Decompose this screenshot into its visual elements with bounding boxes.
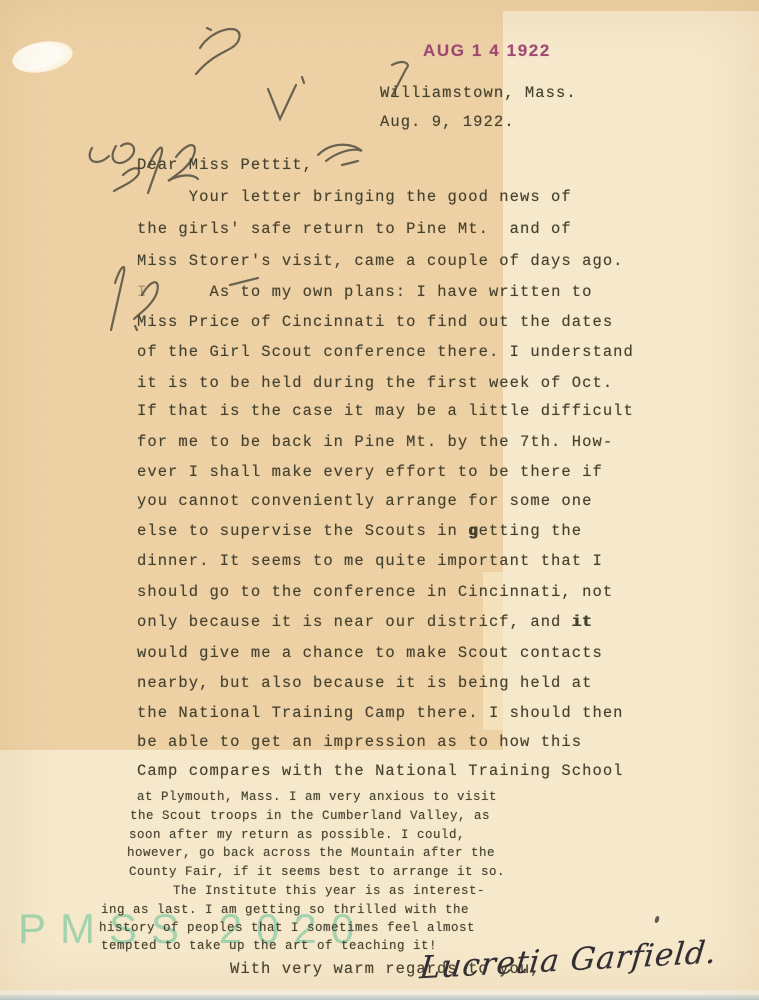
letter-line: it is to be held during the first week o…	[137, 374, 613, 393]
letter-line: history of peoples that I sometimes feel…	[99, 921, 475, 937]
letter-line: Camp compares with the National Training…	[137, 762, 624, 781]
letter-line: of the Girl Scout conference there. I un…	[137, 343, 634, 362]
letter-line: would give me a chance to make Scout con…	[137, 644, 603, 663]
letter-line: Miss Storer's visit, came a couple of da…	[137, 252, 624, 271]
scan-bottom-edge-blue	[0, 995, 759, 1000]
received-date-stamp: AUG 1 4 1922	[423, 42, 551, 59]
letter-line: nearby, but also because it is being hel…	[137, 674, 592, 693]
letter-line: at Plymouth, Mass. I am very anxious to …	[137, 790, 497, 806]
letter-line: Miss Price of Cincinnati to find out the…	[137, 313, 613, 332]
date-line: Aug. 9, 1922.	[380, 113, 515, 132]
letter-line: soon after my return as possible. I coul…	[129, 828, 465, 844]
letter-line: If that is the case it may be a little d…	[137, 402, 634, 421]
letter-scan: PMSS 2020 AUG 1 4 1922 Williamstown, Mas…	[0, 0, 759, 1000]
letter-line: should go to the conference in Cincinnat…	[137, 583, 613, 602]
letter-line: however, go back across the Mountain aft…	[127, 846, 495, 862]
signature: Lucretia Garfield.	[418, 934, 719, 987]
letter-line: the Scout troops in the Cumberland Valle…	[130, 809, 490, 825]
letter-line: The Institute this year is as interest-	[101, 884, 485, 900]
letter-line: County Fair, if it seems best to arrange…	[129, 865, 505, 881]
letter-line: else to supervise the Scouts in getting …	[137, 522, 582, 541]
letter-line: Your letter bringing the good news of	[137, 188, 572, 207]
letter-line: tempted to take up the art of teaching i…	[101, 939, 437, 955]
letter-line: you cannot conveniently arrange for some…	[137, 492, 592, 511]
letter-line: the girls' safe return to Pine Mt. and o…	[137, 220, 572, 239]
letter-line: only because it is near our districf, an…	[137, 613, 592, 632]
letter-line: dinner. It seems to me quite important t…	[137, 552, 603, 571]
place-line: Williamstown, Mass.	[380, 84, 577, 103]
letter-line: ever I shall make every effort to be the…	[137, 463, 603, 482]
letter-line: I As to my own plans: I have written to	[137, 283, 592, 302]
pencil-dot	[654, 916, 660, 924]
letter-line: ing as last. I am getting so thrilled wi…	[101, 903, 469, 919]
salutation: Dear Miss Pettit,	[137, 156, 313, 175]
letter-line: for me to be back in Pine Mt. by the 7th…	[137, 433, 613, 452]
letter-line: be able to get an impression as to how t…	[137, 733, 582, 752]
letter-line: the National Training Camp there. I shou…	[137, 704, 624, 723]
